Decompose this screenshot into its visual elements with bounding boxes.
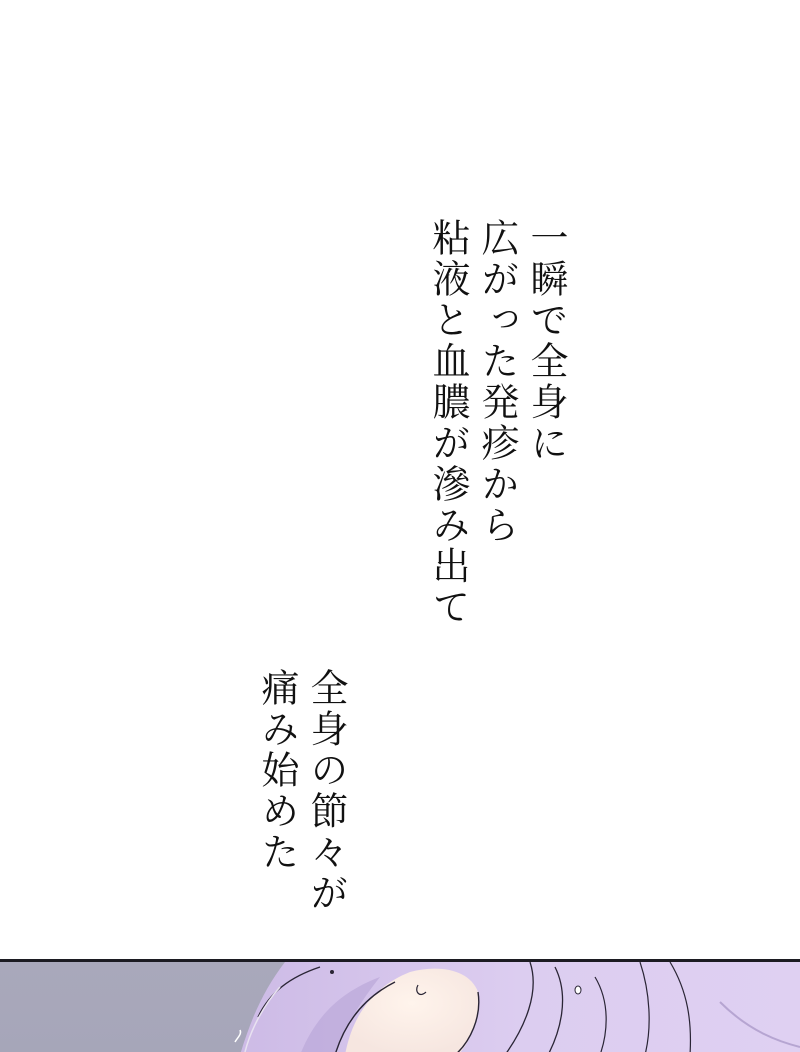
caption-1-line-3: 粘液と血膿が滲み出て [427,218,469,628]
caption-2-line-1: 全身の節々が [305,668,347,914]
character-hair-illustration [0,962,800,1052]
caption-2-line-2: 痛み始めた [256,668,298,873]
illustration-panel [0,959,800,1052]
caption-1-line-2: 広がった発疹から [476,218,518,546]
caption-1-line-1: 一瞬で全身に [525,218,567,464]
comic-page: 一瞬で全身に 広がった発疹から 粘液と血膿が滲み出て 全身の節々が 痛み始めた [0,0,800,1052]
